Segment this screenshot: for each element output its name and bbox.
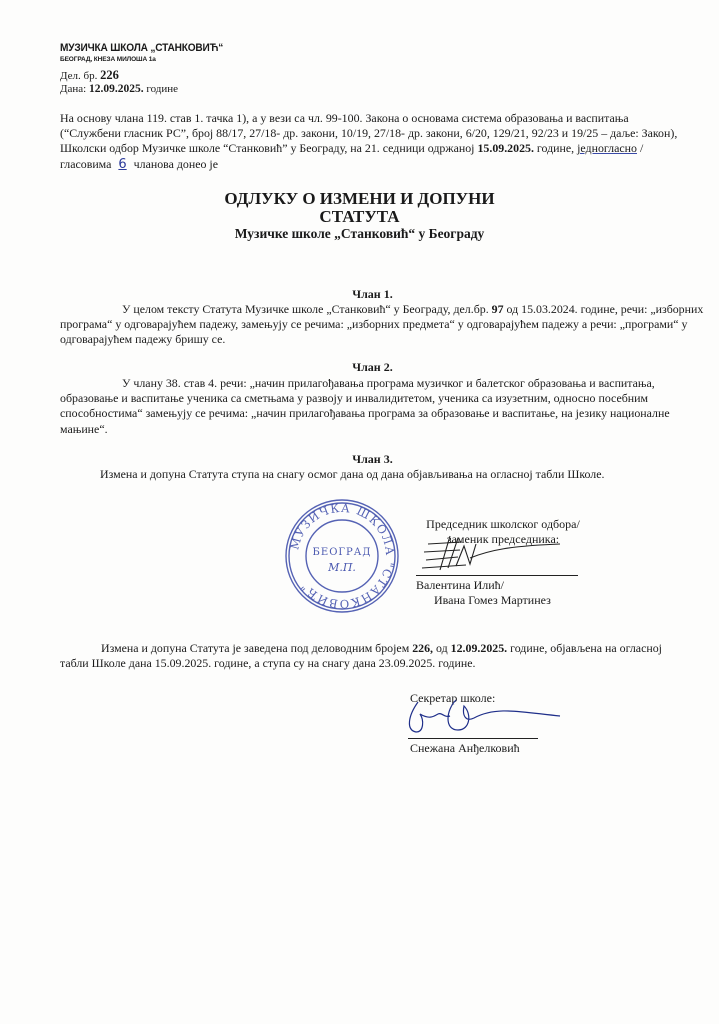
document-subtitle: Музичке школе „Станковић“ у Београду — [0, 226, 719, 242]
article-3-body: Измена и допуна Статута ступа на снагу о… — [60, 467, 686, 482]
svg-text:М.П.: М.П. — [327, 561, 356, 574]
svg-text:БЕОГРАД: БЕОГРАД — [313, 547, 372, 558]
reference-number: Дел. бр. 226 — [60, 68, 119, 83]
secretary-name: Снежана Анђелковић — [410, 741, 520, 756]
article-2-heading: Члан 2. — [0, 360, 719, 375]
school-name: МУЗИЧКА ШКОЛА „СТАНКОВИЋ“ — [60, 42, 223, 54]
reference-number-value: 226 — [100, 68, 119, 82]
secretary-signature-line — [408, 738, 538, 739]
board-signatory-names: Валентина Илић/ Ивана Гомез Мартинез — [416, 578, 551, 608]
board-signature-scribble — [410, 530, 580, 580]
document-page: МУЗИЧКА ШКОЛА „СТАНКОВИЋ“ БЕОГРАД, КНЕЗА… — [0, 0, 719, 1024]
article-2-body: У члану 38. став 4. речи: „начин прилаго… — [60, 376, 686, 437]
preamble: На основу члана 119. став 1. тачка 1), а… — [60, 111, 686, 172]
document-date: Дана: 12.09.2025. године — [60, 83, 178, 95]
secretary-signature-scribble — [400, 696, 570, 741]
article-1-heading: Члан 1. — [0, 287, 719, 302]
article-1-body: У целом тексту Статута Музичке школе „Ст… — [60, 302, 686, 348]
board-signature-line — [416, 575, 578, 576]
registration-note: Измена и допуна Статута је заведена под … — [60, 641, 686, 671]
school-address: БЕОГРАД, КНЕЗА МИЛОША 1а — [60, 56, 156, 63]
document-title: ОДЛУКУ О ИЗМЕНИ И ДОПУНИ — [0, 189, 719, 209]
official-stamp: МУЗИЧКА ШКОЛА "СТАНКОВИЋ" БЕОГРАД М.П. — [283, 497, 401, 615]
document-title-line2: СТАТУТА — [0, 207, 719, 227]
article-3-heading: Члан 3. — [0, 452, 719, 467]
unanimous-option: једногласно — [577, 141, 637, 155]
handwritten-vote-count: 6 — [114, 157, 130, 172]
